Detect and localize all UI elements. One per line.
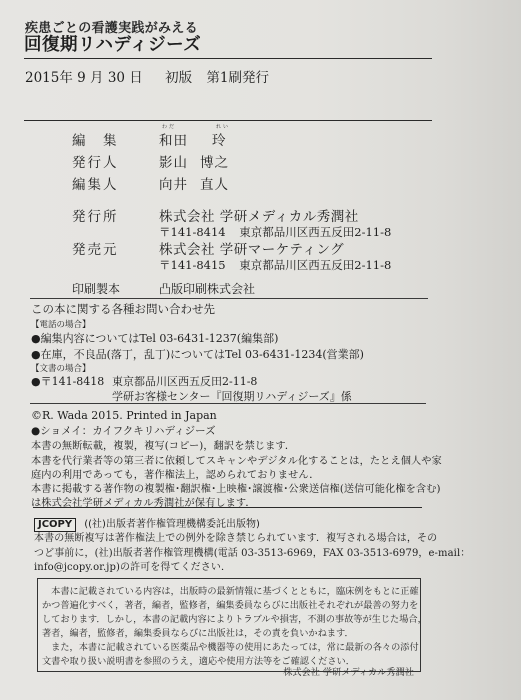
distributor-company: 株式会社 学研マーケティング <box>159 238 344 258</box>
distributor-label: 発売元 <box>72 238 119 258</box>
notice-line-3: 庭内の利用であっても，著作権法上，認められておりません． <box>31 466 320 481</box>
notice-line-2: 本書を代行業者等の第三者に依頼してスキャンやデジタル化することは，たとえ個人や家 <box>31 452 442 467</box>
printing-number: 第1刷発行 <box>206 70 269 86</box>
disclaimer-line-4: 著者，編者，監修者，編集委員ならびに出版社は，その責を負いかねます． <box>42 625 354 639</box>
notice-line-1: 本書の無断転載，複製，複写(コピー)，翻訳を禁じます． <box>31 437 295 452</box>
disclaimer-line-1: 本書に記載されている内容は，出版時の最新情報に基づくとともに，臨床例をもとに正確 <box>42 583 419 597</box>
copyright-line: ©R. Wada 2015. Printed in Japan <box>31 409 217 422</box>
disclaimer-box: 本書に記載されている内容は，出版時の最新情報に基づくとともに，臨床例をもとに正確… <box>37 578 421 672</box>
publisher-label: 発行所 <box>72 205 119 225</box>
publisher-postal: 〒141-8414 <box>159 225 226 239</box>
credit-chief-editor-family: 向井 <box>159 173 188 193</box>
edition-version: 初版 <box>165 70 192 86</box>
mail-address: 東京都品川区西五反田2-11-8 <box>112 373 257 389</box>
credit-label-publisher: 発行人 <box>72 151 119 171</box>
phone-sales: ●在庫，不良品(落丁，乱丁)についてはTel 03-6431-1234(営業部) <box>31 346 364 362</box>
phone-label: 【電話の場合】 <box>31 318 91 330</box>
title-reading: ●ショメイ：カイフクキリハディジーズ <box>31 423 216 438</box>
header-divider <box>24 58 432 59</box>
distributor-address-line: 〒141-8415 東京都品川区西五反田2-11-8 <box>159 257 391 273</box>
jcopy-divider <box>33 507 422 508</box>
disclaimer-line-5: また，本書に記載されている医薬品や機器等の使用にあたっては，常に最新の各々の添付 <box>42 639 419 653</box>
edition-line: 2015年 9 月 30 日 初版 第1刷発行 <box>25 66 287 86</box>
copyright-divider <box>30 403 426 404</box>
jcopy-line-1: 本書の無断複写は著作権法上での例外を除き禁じられています．複写される場合は，その <box>34 529 437 544</box>
colophon-page: 疾患ごとの看護実践がみえる 回復期リハディジーズ 2015年 9 月 30 日 … <box>0 0 521 700</box>
credit-label-chief-editor: 編集人 <box>72 173 119 193</box>
publisher-address: 東京都品川区西五反田2-11-8 <box>239 225 391 239</box>
publication-date: 2015年 9 月 30 日 <box>25 70 143 86</box>
credit-publisher-family: 影山 <box>159 151 188 171</box>
credit-publisher-given: 博之 <box>200 151 229 171</box>
mail-recipient: 学研お客様センター『回復期リハディジーズ』係 <box>112 388 352 404</box>
contact-divider <box>30 298 428 299</box>
notice-line-4: 本書に掲載する著作物の複製権･翻訳権･上映権･譲渡権･公衆送信権(送信可能化権を… <box>31 480 441 495</box>
book-title: 回復期リハディジーズ <box>24 31 201 56</box>
jcopy-line-3: info@jcopy.or.jp)の許可を得てください． <box>34 558 231 573</box>
printer-value: 凸版印刷株式会社 <box>159 280 255 297</box>
publisher-company: 株式会社 学研メディカル秀潤社 <box>159 205 359 225</box>
distributor-postal: 〒141-8415 <box>159 258 226 272</box>
credit-editor-family: 和田 <box>159 129 188 149</box>
jcopy-line-2: つど事前に，(社)出版者著作権管理機構(電話 03-3513-6969，FAX … <box>34 544 470 559</box>
credit-label-editor: 編 集 <box>72 129 119 149</box>
phone-editorial: ●編集内容についてはTel 03-6431-1237(編集部) <box>31 330 278 346</box>
mail-postal: ●〒141-8418 <box>31 373 104 389</box>
credit-editor-given: 玲 <box>212 129 227 149</box>
disclaimer-signature: 株式会社 学研メディカル秀潤社 <box>283 664 414 678</box>
distributor-address: 東京都品川区西五反田2-11-8 <box>239 258 391 272</box>
disclaimer-line-2: かつ普遍化すべく，著者，編者，監修者，編集委員ならびに出版社それぞれが最善の努力… <box>42 597 418 611</box>
contact-heading: この本に関する各種お問い合わせ先 <box>31 301 215 317</box>
disclaimer-line-3: しております．しかし，本書の記載内容によりトラブルや損害，不測の事故等が生じた場… <box>42 611 427 625</box>
printer-label: 印刷製本 <box>72 280 120 297</box>
credit-chief-editor-given: 直人 <box>200 173 229 193</box>
credits-divider-top <box>24 120 432 121</box>
